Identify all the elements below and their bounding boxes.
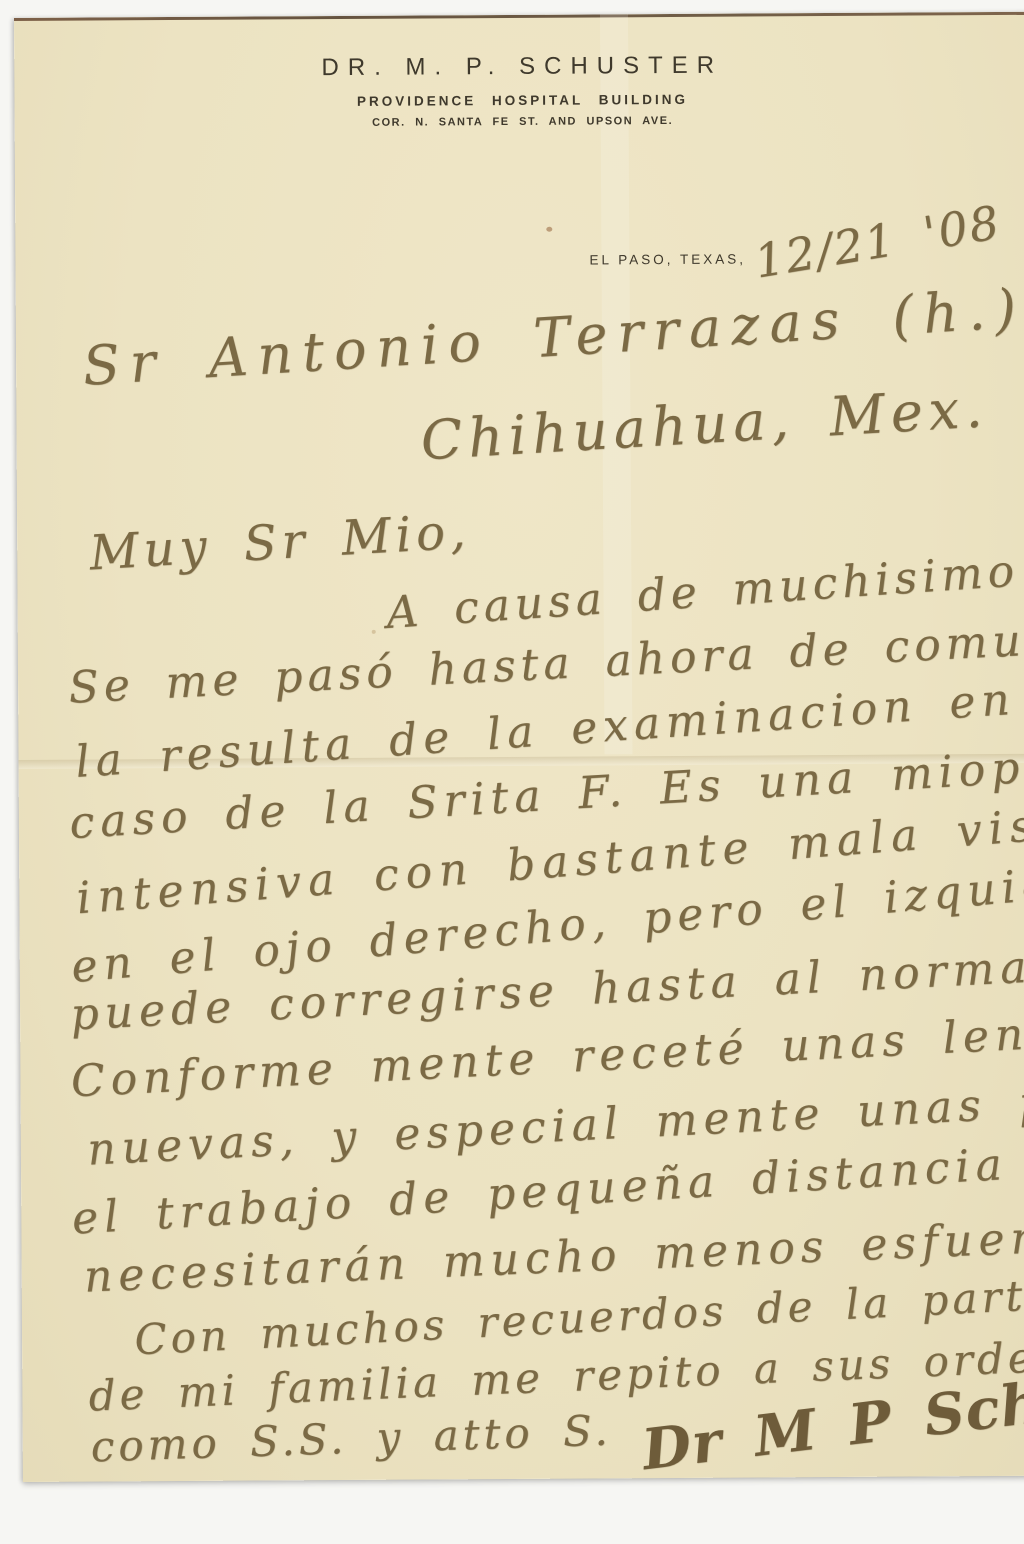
letterhead-street-line: COR. N. SANTA FE ST. AND UPSON AVE. [15,113,1024,131]
salutation-line: Muy Sr Mio, [88,507,471,577]
dateline-place-printed: EL PASO, TEXAS, [589,252,746,268]
scanned-letter-page: { "scan": { "background_color": "#f6f6f3… [0,0,1024,1544]
paper-stain-speck [372,630,376,634]
recipient-name-line: Sr Antonio Terrazas (h.) [81,282,1024,394]
recipient-location-line: Chihuahua, Mex. [419,381,989,468]
letter-paper: DR. M. P. SCHUSTER PROVIDENCE HOSPITAL B… [14,12,1024,1482]
paper-stain-speck [546,227,552,232]
closing-line: como S.S. y atto S. [90,1410,612,1469]
letterhead-doctor-name: DR. M. P. SCHUSTER [14,50,1024,84]
letterhead-building-line: PROVIDENCE HOSPITAL BUILDING [14,90,1024,111]
paper-top-edge [14,12,1024,21]
handwritten-date: 12/21 '08 [751,199,1004,285]
